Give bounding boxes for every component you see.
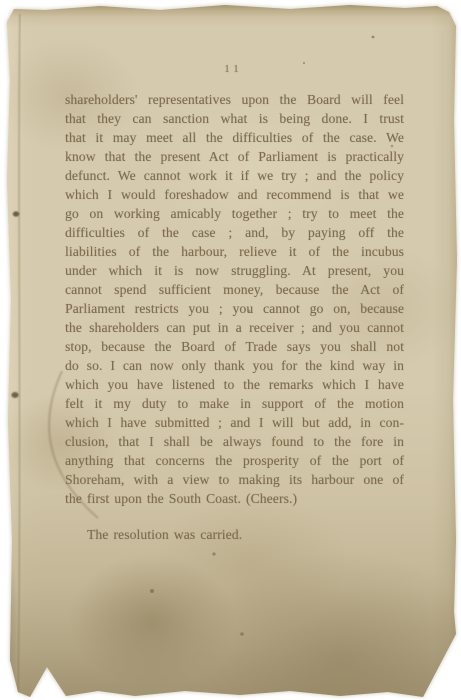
text-line: cannot spend sufficient money, because t… bbox=[65, 280, 404, 299]
body-text-block: shareholders' representatives upon the B… bbox=[65, 90, 404, 544]
text-line: which you have listened to the remarks w… bbox=[65, 375, 404, 394]
page-shadow-wrap: 11 shareholders' representatives upon th… bbox=[0, 0, 461, 700]
text-line: anything that concerns the prosperity of… bbox=[65, 451, 404, 470]
text-line: felt it my duty to make in support of th… bbox=[65, 394, 404, 413]
stitch-hole bbox=[13, 211, 19, 216]
text-line: do so. I can now only thank you for the … bbox=[65, 356, 404, 375]
foxing-speck bbox=[240, 632, 244, 636]
text-line: shareholders' representatives upon the B… bbox=[65, 90, 404, 109]
text-line: which I have submitted ; and I will but … bbox=[65, 413, 404, 432]
foxing-speck bbox=[212, 552, 215, 555]
resolution-line: The resolution was carried. bbox=[65, 525, 404, 544]
text-line: difficulties of the case ; and, by payin… bbox=[65, 223, 404, 242]
text-line: clusion, that I shall be always found to… bbox=[65, 432, 404, 451]
text-line: the shareholders can put in a receiver ;… bbox=[65, 318, 404, 337]
text-line: that they can sanction what is being don… bbox=[65, 109, 404, 128]
text-line: under which it is now struggling. At pre… bbox=[65, 261, 404, 280]
paper-sheet: 11 shareholders' representatives upon th… bbox=[2, 3, 458, 697]
foxing-speck bbox=[372, 36, 375, 39]
text-line: know that the present Act of Parliament … bbox=[65, 147, 404, 166]
text-line: that it may meet all the difficulties of… bbox=[65, 128, 404, 147]
stitch-hole bbox=[11, 392, 18, 398]
text-line: liabilities of the harbour, relieve it o… bbox=[65, 242, 404, 261]
text-line: stop, because the Board of Trade says yo… bbox=[65, 337, 404, 356]
text-line: Parliament restricts you ; you cannot go… bbox=[65, 299, 404, 318]
text-line: defunct. We cannot work it if we try ; a… bbox=[65, 166, 404, 185]
text-line: which I would foreshadow and recommend i… bbox=[65, 185, 404, 204]
scanned-book-page: 11 shareholders' representatives upon th… bbox=[0, 0, 461, 700]
page-number: 11 bbox=[63, 63, 404, 75]
text-line: go on working amicably together ; try to… bbox=[65, 204, 404, 223]
text-line: Shoreham, with a view to making its harb… bbox=[65, 470, 404, 489]
foxing-speck bbox=[150, 589, 154, 593]
text-line: the first upon the South Coast. (Cheers.… bbox=[65, 489, 404, 508]
gutter-crease bbox=[18, 14, 20, 694]
